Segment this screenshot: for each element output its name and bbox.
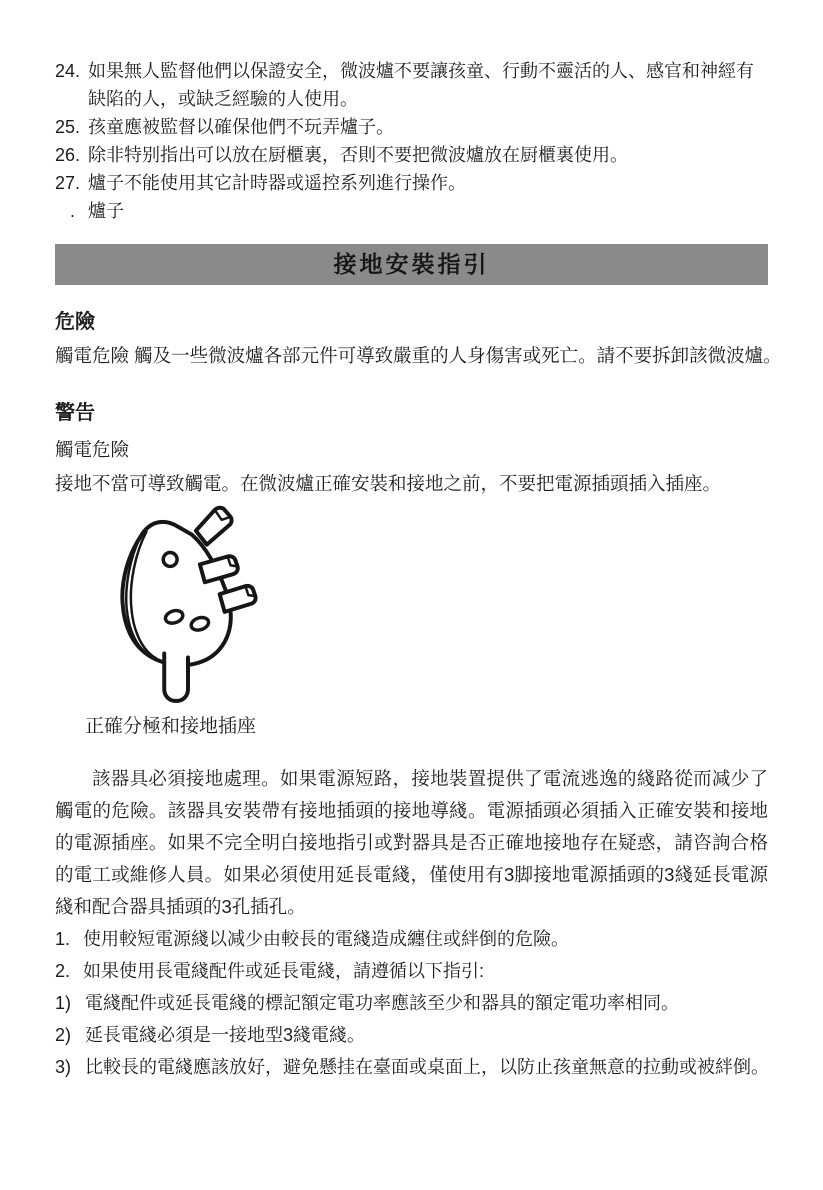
list-item-text: 爐子 — [88, 197, 768, 225]
list-item: . 爐子 — [55, 197, 768, 225]
uk-plug-icon — [112, 505, 262, 703]
list-item-number: 2) — [55, 1019, 85, 1051]
manual-page: 24. 如果無人監督他們以保證安全，微波爐不要讓孩童、行動不靈活的人、感官和神經… — [0, 0, 823, 1190]
list-item-text: 延長電綫必須是一接地型3綫電綫。 — [85, 1019, 365, 1051]
page-content: 24. 如果無人監督他們以保證安全，微波爐不要讓孩童、行動不靈活的人、感官和神經… — [0, 0, 823, 1083]
list-item: 26. 除非特别指出可以放在厨櫃裏，否則不要把微波爐放在厨櫃裏使用。 — [55, 141, 768, 169]
warning-heading: 警告 — [55, 401, 768, 425]
list-item-number: 26. — [55, 141, 88, 169]
warning-line1: 觸電危險 — [55, 436, 768, 463]
list-item: 25. 孩童應被監督以確保他們不玩弄爐子。 — [55, 113, 768, 141]
list-item: 27. 爐子不能使用其它計時器或遥控系列進行操作。 — [55, 169, 768, 197]
list-item-number: 3) — [55, 1051, 85, 1083]
plug-figure — [112, 505, 262, 703]
list-item-number: 2. — [55, 955, 83, 987]
list-item: 2. 如果使用長電綫配件或延長電綫，請遵循以下指引: — [55, 955, 768, 987]
list-item-text: 孩童應被監督以確保他們不玩弄爐子。 — [88, 113, 768, 141]
warning-line2: 接地不當可導致觸電。在微波爐正確安裝和接地之前，不要把電源插頭插入插座。 — [55, 470, 768, 497]
list-item-text: 爐子不能使用其它計時器或遥控系列進行操作。 — [88, 169, 768, 197]
danger-heading: 危險 — [55, 310, 768, 334]
list-item: 3) 比較長的電綫應該放好，避免懸挂在臺面或桌面上，以防止孩童無意的拉動或被絆倒… — [55, 1051, 768, 1083]
list-item-text: 除非特别指出可以放在厨櫃裏，否則不要把微波爐放在厨櫃裏使用。 — [88, 141, 768, 169]
list-item-number: 1. — [55, 923, 83, 955]
grounding-paragraph: 該器具必須接地處理。如果電源短路，接地裝置提供了電流逃逸的綫路從而减少了觸電的危… — [55, 763, 768, 923]
safety-precaution-list: 24. 如果無人監督他們以保證安全，微波爐不要讓孩童、行動不靈活的人、感官和神經… — [55, 57, 768, 225]
list-item-text: 如果使用長電綫配件或延長電綫，請遵循以下指引: — [83, 955, 484, 987]
section-header: 接地安裝指引 — [55, 244, 768, 285]
list-item-text: 使用較短電源綫以减少由較長的電綫造成纏住或絆倒的危險。 — [83, 923, 569, 955]
list-item: 1. 使用較短電源綫以减少由較長的電綫造成纏住或絆倒的危險。 — [55, 923, 768, 955]
list-item-number: . — [70, 197, 88, 225]
list-item-text: 如果無人監督他們以保證安全，微波爐不要讓孩童、行動不靈活的人、感官和神經有缺陷的… — [88, 57, 768, 113]
list-item: 1) 電綫配件或延長電綫的標記額定電功率應該至少和器具的額定電功率相同。 — [55, 987, 768, 1019]
extension-cord-guideline-list: 1) 電綫配件或延長電綫的標記額定電功率應該至少和器具的額定電功率相同。 2) … — [55, 987, 768, 1083]
list-item: 24. 如果無人監督他們以保證安全，微波爐不要讓孩童、行動不靈活的人、感官和神經… — [55, 57, 768, 113]
figure-caption: 正確分極和接地插座 — [85, 715, 768, 739]
list-item-text: 電綫配件或延長電綫的標記額定電功率應該至少和器具的額定電功率相同。 — [85, 987, 679, 1019]
list-item: 2) 延長電綫必須是一接地型3綫電綫。 — [55, 1019, 768, 1051]
cord-instruction-list: 1. 使用較短電源綫以减少由較長的電綫造成纏住或絆倒的危險。 2. 如果使用長電… — [55, 923, 768, 987]
list-item-text: 比較長的電綫應該放好，避免懸挂在臺面或桌面上，以防止孩童無意的拉動或被絆倒。 — [85, 1051, 769, 1083]
list-item-number: 24. — [55, 57, 88, 113]
list-item-number: 1) — [55, 987, 85, 1019]
list-item-number: 25. — [55, 113, 88, 141]
list-item-number: 27. — [55, 169, 88, 197]
danger-body: 觸電危險 觸及一些微波爐各部元件可導致嚴重的人身傷害或死亡。請不要拆卸該微波爐。 — [55, 342, 768, 369]
